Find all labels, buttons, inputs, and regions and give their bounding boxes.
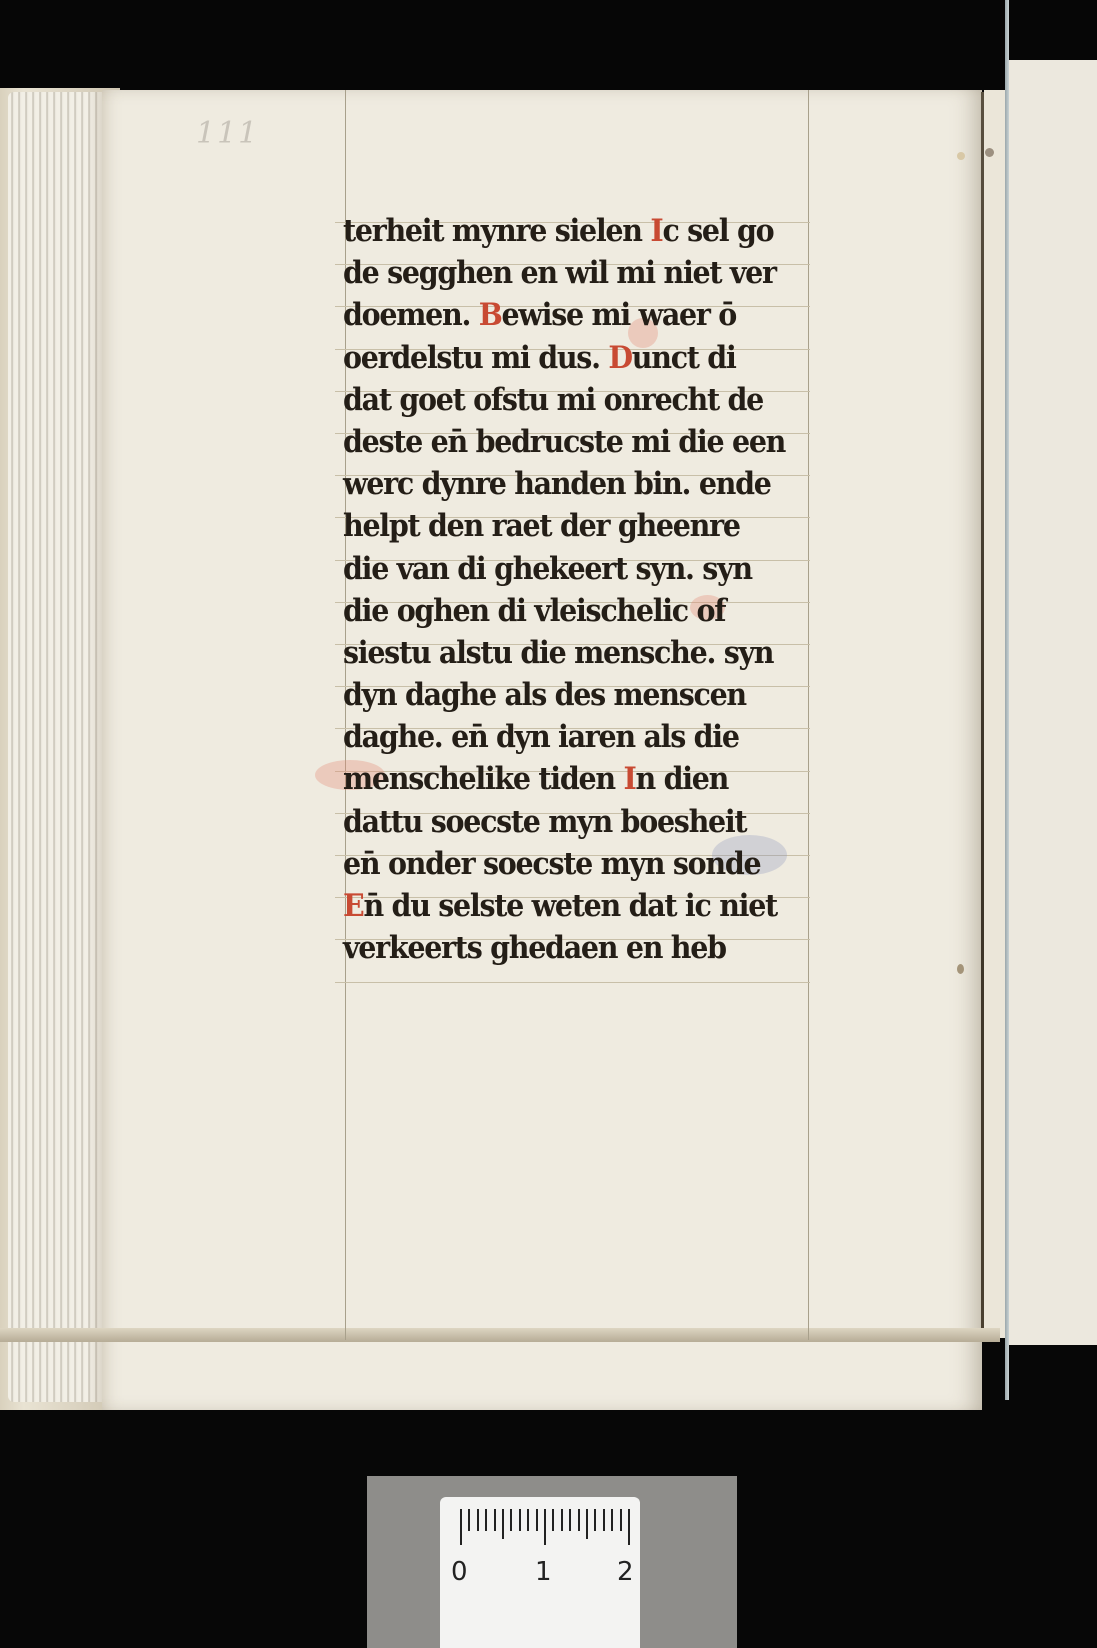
scale-ruler: 0 1 2 (440, 1497, 640, 1648)
rubricated-initial: I (623, 761, 635, 797)
text-line: menschelike tiden In dien (343, 758, 798, 800)
scale-tick (519, 1509, 521, 1531)
rubricated-initial: B (479, 297, 502, 333)
text-line: werc dynre handen bin. ende (343, 463, 798, 505)
scale-tick (561, 1509, 563, 1531)
scale-tick (620, 1509, 622, 1531)
scale-tick (536, 1509, 538, 1531)
scale-tick (468, 1509, 470, 1531)
scale-tick (510, 1509, 512, 1531)
rubricated-initial: I (650, 213, 662, 249)
manuscript-text-block: terheit mynre sielen Ic sel go de segghe… (343, 210, 838, 969)
text-line: dyn daghe als des menscen (343, 674, 798, 716)
text-line: oerdelstu mi dus. Dunct di (343, 337, 798, 379)
scale-tick (628, 1509, 630, 1545)
foxing-stain (957, 152, 965, 160)
text-line: deste en̄ bedrucste mi die een (343, 421, 798, 463)
scale-tick (527, 1509, 529, 1531)
scale-tick (494, 1509, 496, 1531)
text-line: helpt den raet der gheenre (343, 505, 798, 547)
scale-tick (460, 1509, 462, 1545)
text-line: terheit mynre sielen Ic sel go (343, 210, 798, 252)
scale-tick (477, 1509, 479, 1531)
text-line: verkeerts ghedaen en heb (343, 927, 798, 969)
scale-tick (586, 1509, 588, 1539)
scale-tick (611, 1509, 613, 1531)
next-page (1009, 60, 1097, 1345)
scale-tick (544, 1509, 546, 1545)
text-line: die oghen di vleischelic of (343, 590, 798, 632)
text-line: die van di ghekeert syn. syn (343, 548, 798, 590)
scale-tick (578, 1509, 580, 1531)
text-line: en̄ onder soecste myn sonde (343, 843, 798, 885)
text-line: daghe. en̄ dyn iaren als die (343, 716, 798, 758)
background (0, 0, 1097, 92)
scale-tick (502, 1509, 504, 1539)
text-line: En̄ du selste weten dat ic niet (343, 885, 798, 927)
page-edges (8, 92, 108, 1402)
foxing-stain (957, 964, 964, 974)
book-bottom-edge (0, 1328, 1000, 1342)
scale-label-0: 0 (451, 1557, 468, 1587)
scale-tick (552, 1509, 554, 1531)
scale-tick (603, 1509, 605, 1531)
scale-label-1: 1 (535, 1557, 552, 1587)
scale-label-2: 2 (617, 1557, 634, 1587)
scale-tick (594, 1509, 596, 1531)
text-line: dat goet ofstu mi onrecht de (343, 379, 798, 421)
scale-tick (485, 1509, 487, 1531)
foxing-stain (985, 148, 994, 157)
rubricated-initial: D (608, 340, 631, 376)
folio-number: 111 (196, 116, 259, 151)
scale-tick (569, 1509, 571, 1531)
ruling-line (335, 982, 810, 983)
text-line: doemen. Bewise mi waer ō (343, 294, 798, 336)
text-line: siestu alstu die mensche. syn (343, 632, 798, 674)
text-line: de segghen en wil mi niet ver (343, 252, 798, 294)
rubricated-initial: E (343, 888, 363, 924)
facing-page-strip (984, 90, 1006, 1338)
text-line: dattu soecste myn boesheit (343, 801, 798, 843)
